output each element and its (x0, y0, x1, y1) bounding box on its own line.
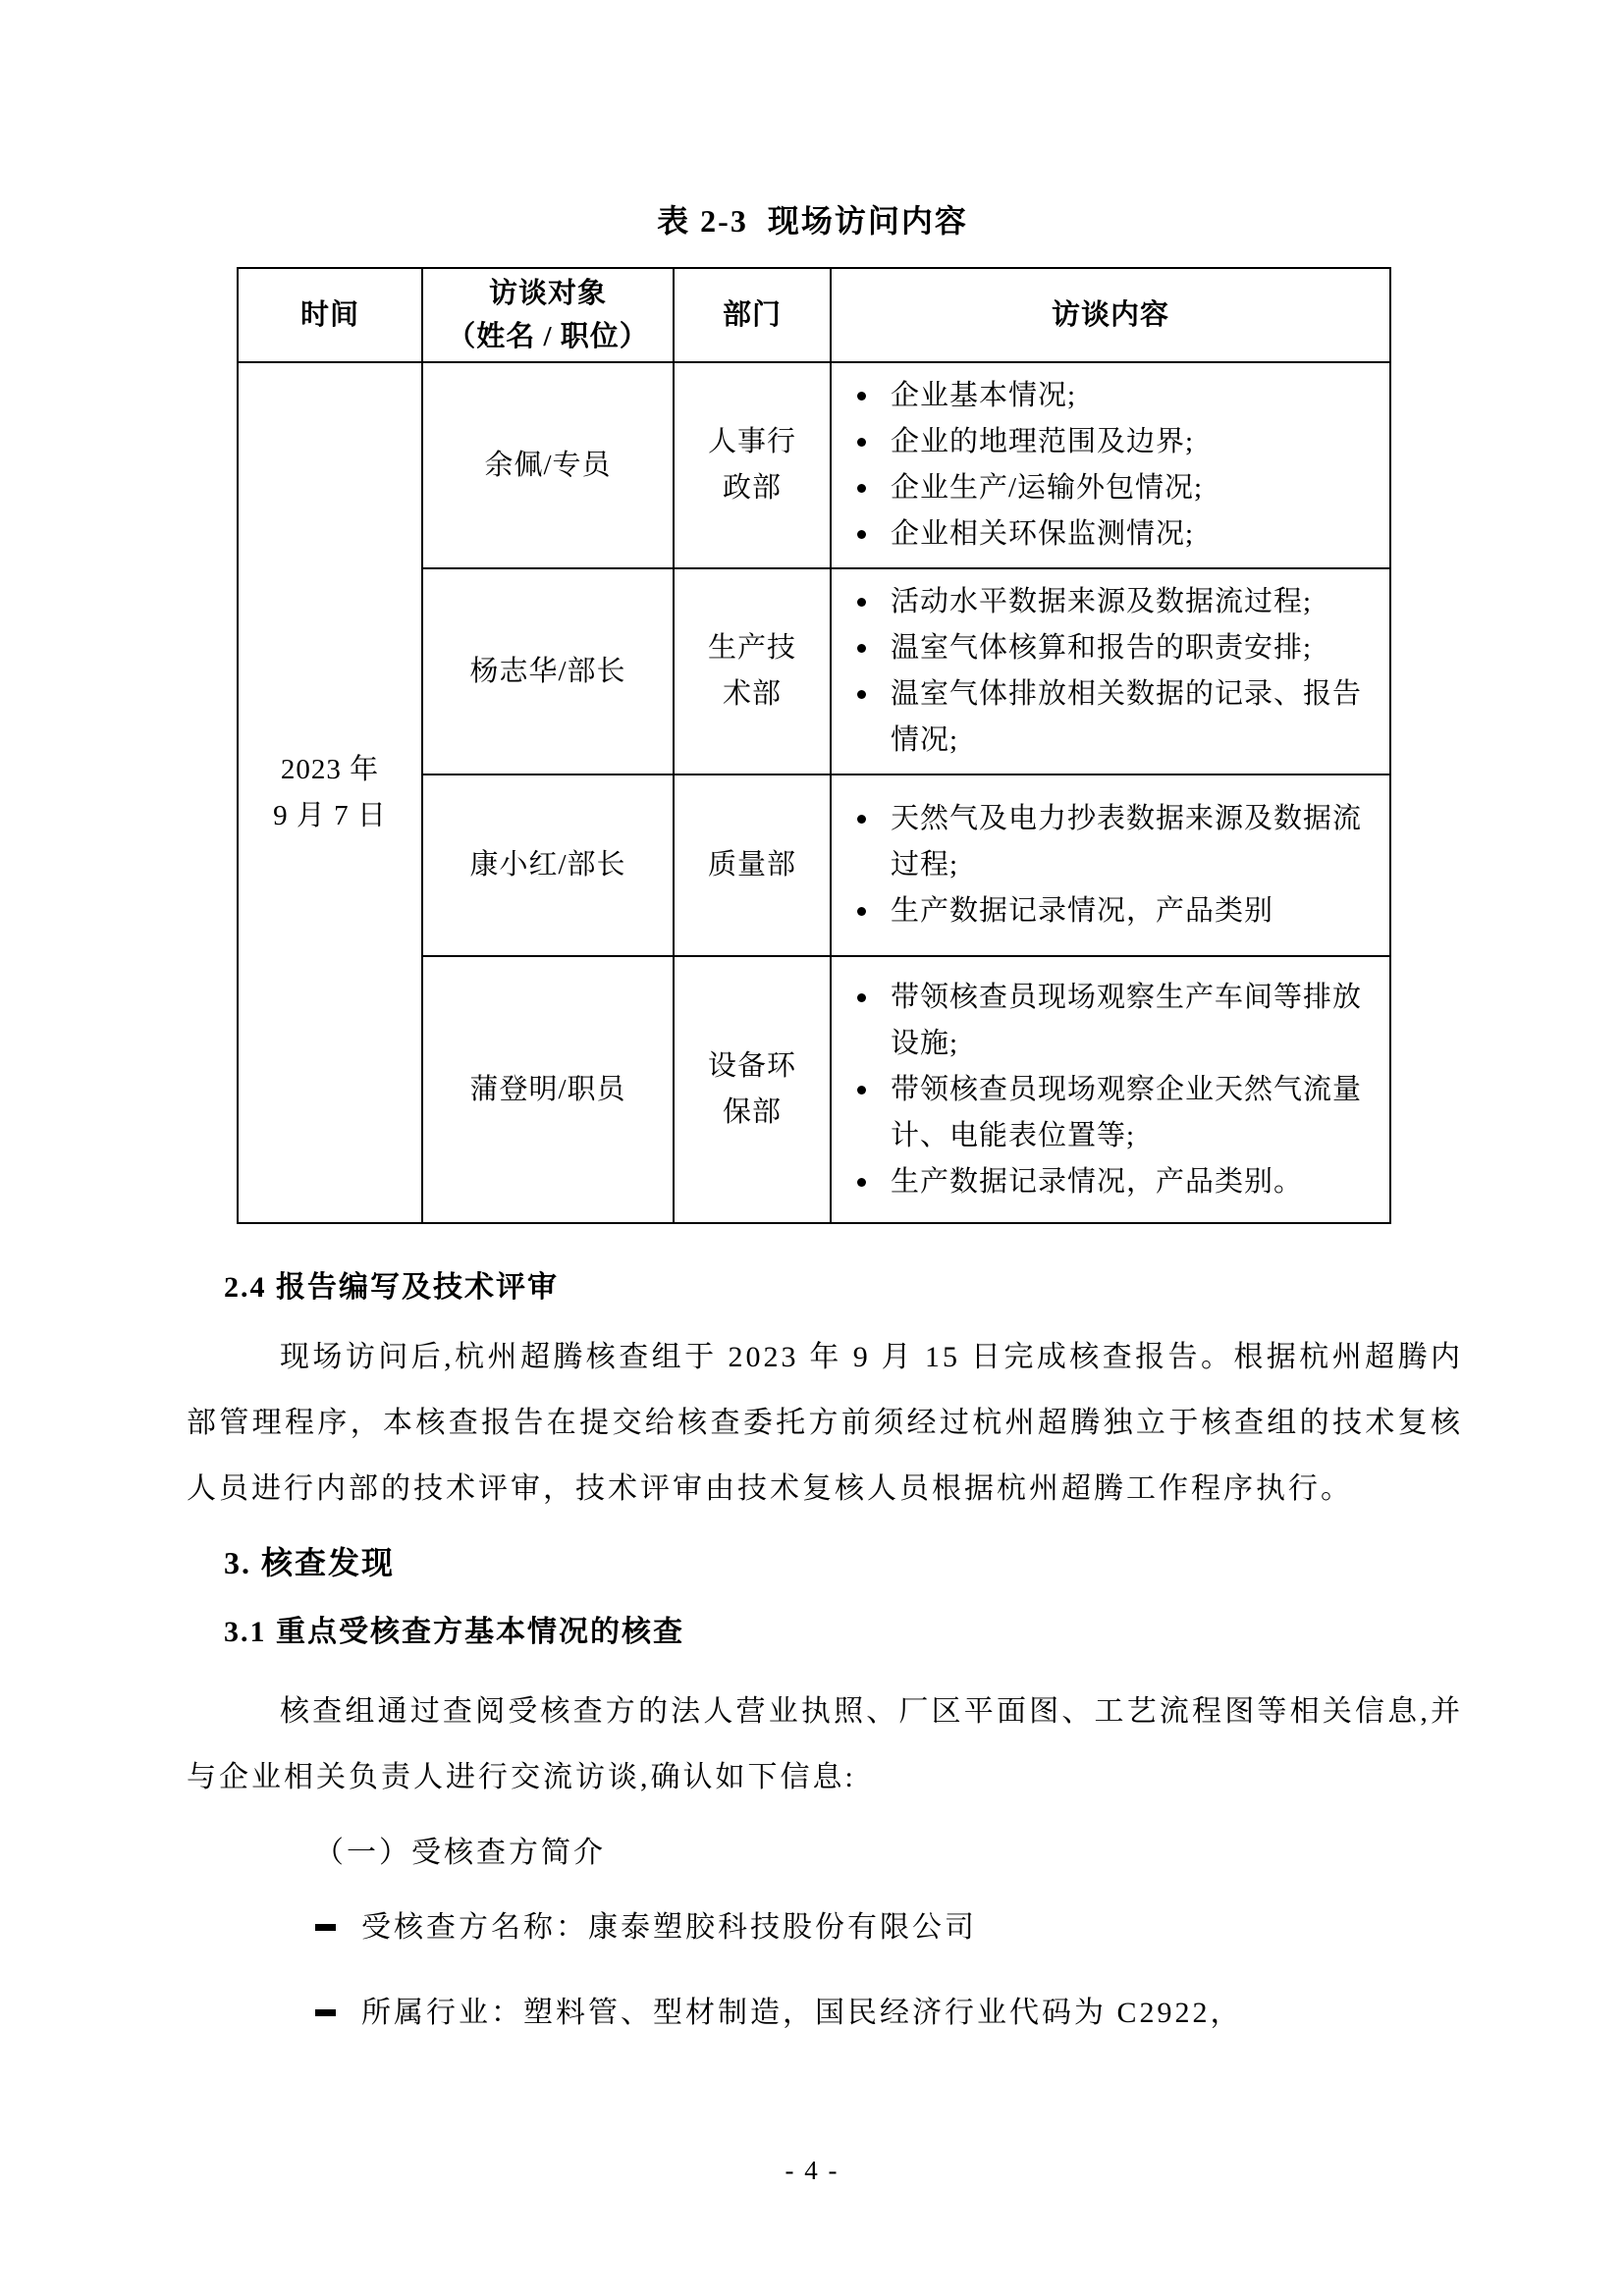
list-item: 活动水平数据来源及数据流过程; (832, 579, 1374, 625)
section-3-1-heading: 3.1 重点受核查方基本情况的核查 (224, 1616, 1463, 1649)
list-item: 温室气体排放相关数据的记录、报告情况; (832, 671, 1374, 764)
bullet-dot-icon (857, 644, 866, 653)
topic-text: 企业的地理范围及边界; (891, 426, 1194, 457)
header-content: 访谈内容 (831, 268, 1390, 362)
list-item: 企业的地理范围及边界; (832, 419, 1374, 465)
list-item: 带领核查员现场观察企业天然气流量计、电能表位置等; (832, 1067, 1374, 1159)
department-cell: 生产技 术部 (674, 568, 831, 774)
bullet-dot-icon (857, 690, 866, 699)
section-2-4-paragraph: 现场访问后,杭州超腾核查组于 2023 年 9 月 15 日完成核查报告。根据杭… (187, 1324, 1463, 1522)
list-item: 企业基本情况; (832, 373, 1374, 419)
company-info-list: 受核查方名称：康泰塑胶科技股份有限公司 所属行业：塑料管、型材制造，国民经济行业… (187, 1895, 1463, 2046)
bullet-dot-icon (857, 530, 866, 539)
list-item: 受核查方名称：康泰塑胶科技股份有限公司 (187, 1895, 1463, 1960)
bullet-dot-icon (857, 484, 866, 493)
bullet-dot-icon (857, 392, 866, 400)
page-number: - 4 - (0, 2156, 1624, 2186)
table-title: 表 2-3 现场访问内容 (162, 0, 1463, 240)
list-item: 生产数据记录情况，产品类别 (832, 888, 1374, 934)
table-header-row: 时间 访谈对象 （姓名 / 职位） 部门 访谈内容 (238, 268, 1390, 362)
topic-text: 企业相关环保监测情况; (891, 518, 1194, 550)
bullet-dot-icon (857, 438, 866, 447)
bullet-text: 所属行业：塑料管、型材制造，国民经济行业代码为 C2922， (361, 1997, 1243, 2029)
bullet-dot-icon (857, 993, 866, 1002)
content-cell: 天然气及电力抄表数据来源及数据流过程; 生产数据记录情况，产品类别 (831, 774, 1390, 956)
list-item: 所属行业：塑料管、型材制造，国民经济行业代码为 C2922， (187, 1980, 1463, 2046)
interview-topics-list: 活动水平数据来源及数据流过程; 温室气体核算和报告的职责安排; 温室气体排放相关… (832, 579, 1374, 764)
list-item: 温室气体核算和报告的职责安排; (832, 625, 1374, 671)
topic-text: 温室气体排放相关数据的记录、报告情况; (891, 678, 1362, 756)
department-cell: 设备环 保部 (674, 956, 831, 1223)
header-time: 时间 (238, 268, 422, 362)
content-cell: 带领核查员现场观察生产车间等排放设施; 带领核查员现场观察企业天然气流量计、电能… (831, 956, 1390, 1223)
bullet-dot-icon (857, 1086, 866, 1095)
content-cell: 活动水平数据来源及数据流过程; 温室气体核算和报告的职责安排; 温室气体排放相关… (831, 568, 1390, 774)
dash-bullet-icon (315, 1924, 336, 1931)
content-cell: 企业基本情况; 企业的地理范围及边界; 企业生产/运输外包情况; 企业相关环保监… (831, 362, 1390, 568)
list-item: 天然气及电力抄表数据来源及数据流过程; (832, 796, 1374, 888)
page-content: 表 2-3 现场访问内容 时间 访谈对象 （姓名 / 职位） 部门 访谈内容 2… (0, 0, 1624, 2296)
interview-topics-list: 天然气及电力抄表数据来源及数据流过程; 生产数据记录情况，产品类别 (832, 796, 1374, 934)
dash-bullet-icon (315, 2009, 336, 2016)
section-3-1-paragraph: 核查组通过查阅受核查方的法人营业执照、厂区平面图、工艺流程图等相关信息,并与企业… (187, 1679, 1463, 1810)
time-cell: 2023 年 9 月 7 日 (238, 362, 422, 1223)
topic-text: 企业基本情况; (891, 380, 1076, 411)
department-cell: 人事行 政部 (674, 362, 831, 568)
document-page: { "document": { "table_title": "表 2-3 现场… (0, 0, 1624, 2296)
bullet-text: 受核查方名称：康泰塑胶科技股份有限公司 (361, 1911, 977, 1944)
bullet-dot-icon (857, 598, 866, 607)
person-cell: 康小红/部长 (422, 774, 674, 956)
list-item: 企业相关环保监测情况; (832, 511, 1374, 558)
list-item: 生产数据记录情况，产品类别。 (832, 1159, 1374, 1205)
topic-text: 天然气及电力抄表数据来源及数据流过程; (891, 803, 1362, 881)
department-cell: 质量部 (674, 774, 831, 956)
interview-topics-list: 带领核查员现场观察生产车间等排放设施; 带领核查员现场观察企业天然气流量计、电能… (832, 975, 1374, 1205)
person-cell: 蒲登明/职员 (422, 956, 674, 1223)
topic-text: 生产数据记录情况，产品类别 (891, 895, 1273, 927)
interview-topics-list: 企业基本情况; 企业的地理范围及边界; 企业生产/运输外包情况; 企业相关环保监… (832, 373, 1374, 558)
table-row: 2023 年 9 月 7 日 余佩/专员 人事行 政部 企业基本情况; 企业的地… (238, 362, 1390, 568)
topic-text: 企业生产/运输外包情况; (891, 472, 1203, 504)
section-3-heading: 3. 核查发现 (224, 1545, 1463, 1580)
topic-text: 温室气体核算和报告的职责安排; (891, 632, 1312, 664)
header-interviewee: 访谈对象 （姓名 / 职位） (422, 268, 674, 362)
list-item: 企业生产/运输外包情况; (832, 465, 1374, 511)
person-cell: 杨志华/部长 (422, 568, 674, 774)
site-visit-table: 时间 访谈对象 （姓名 / 职位） 部门 访谈内容 2023 年 9 月 7 日… (237, 267, 1391, 1224)
topic-text: 生产数据记录情况，产品类别。 (891, 1166, 1303, 1198)
bullet-dot-icon (857, 907, 866, 916)
list-item: 带领核查员现场观察生产车间等排放设施; (832, 975, 1374, 1067)
topic-text: 活动水平数据来源及数据流过程; (891, 586, 1312, 617)
header-department: 部门 (674, 268, 831, 362)
section-2-4-heading: 2.4 报告编写及技术评审 (224, 1271, 1463, 1305)
bullet-dot-icon (857, 815, 866, 824)
subsection-intro-line: （一）受核查方简介 (187, 1820, 1463, 1886)
person-cell: 余佩/专员 (422, 362, 674, 568)
topic-text: 带领核查员现场观察生产车间等排放设施; (891, 982, 1362, 1059)
topic-text: 带领核查员现场观察企业天然气流量计、电能表位置等; (891, 1074, 1362, 1151)
bullet-dot-icon (857, 1178, 866, 1187)
